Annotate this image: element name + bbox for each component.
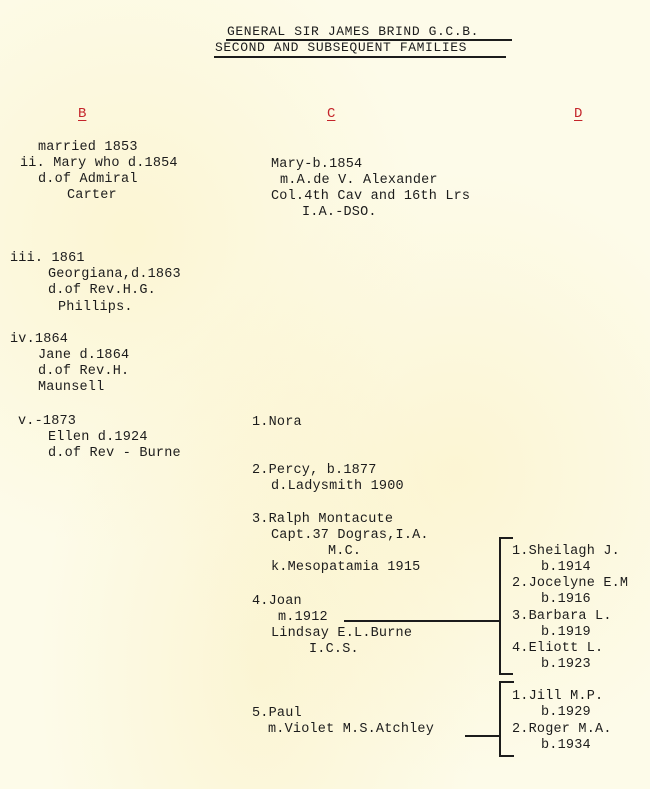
marriage-line: d.of Rev.H.G.: [48, 283, 156, 299]
marriage-line: d.of Rev.H.: [38, 364, 129, 380]
grandchild-born: b.1916: [541, 592, 591, 608]
marriage-line: v.-1873: [18, 414, 76, 430]
joan-bracket: [499, 537, 501, 674]
grandchild-name: 1.Jill M.P.: [512, 689, 603, 705]
child-line: Mary-b.1854: [271, 157, 362, 173]
child-line: 3.Ralph Montacute: [252, 512, 393, 528]
grandchild-name: 3.Barbara L.: [512, 609, 612, 625]
child-line: I.A.-DSO.: [302, 205, 377, 221]
paul-bracket: [499, 681, 501, 756]
marriage-line: Phillips.: [58, 300, 133, 316]
joan-bracket-bottom: [499, 673, 513, 675]
marriage-line: iii. 1861: [10, 251, 85, 267]
joan-connector-line: [344, 620, 500, 622]
child-line: k.Mesopatamia 1915: [271, 560, 420, 576]
paul-bracket-top: [499, 681, 514, 683]
child-line: I.C.S.: [309, 642, 359, 658]
grandchild-born: b.1929: [541, 705, 591, 721]
grandchild-born: b.1934: [541, 738, 591, 754]
marriage-line: iv.1864: [10, 332, 68, 348]
marriage-line: Jane d.1864: [38, 348, 129, 364]
grandchild-born: b.1923: [541, 657, 591, 673]
marriage-line: Maunsell: [38, 380, 104, 396]
grandchild-born: b.1919: [541, 625, 591, 641]
marriage-line: d.of Admiral: [38, 172, 138, 188]
subtitle-underline: [214, 56, 506, 58]
marriage-line: Ellen d.1924: [48, 430, 148, 446]
child-line: 2.Percy, b.1877: [252, 463, 377, 479]
child-line: M.C.: [328, 544, 361, 560]
marriage-line: Georgiana,d.1863: [48, 267, 181, 283]
column-header-c: C: [327, 106, 335, 122]
child-line: Lindsay E.L.Burne: [271, 626, 412, 642]
marriage-line: d.of Rev - Burne: [48, 446, 181, 462]
column-header-b: B: [78, 106, 86, 122]
child-line: Col.4th Cav and 16th Lrs: [271, 189, 470, 205]
child-line: Capt.37 Dogras,I.A.: [271, 528, 429, 544]
document-title: GENERAL SIR JAMES BRIND G.C.B.: [227, 24, 479, 40]
child-line: 5.Paul: [252, 706, 302, 722]
child-line: m.A.de V. Alexander: [280, 173, 438, 189]
column-header-d: D: [574, 106, 582, 122]
grandchild-name: 4.Eliott L.: [512, 641, 603, 657]
joan-bracket-top: [499, 537, 513, 539]
grandchild-name: 2.Jocelyne E.M: [512, 576, 628, 592]
grandchild-name: 2.Roger M.A.: [512, 722, 612, 738]
document-subtitle: SECOND AND SUBSEQUENT FAMILIES: [215, 40, 467, 56]
marriage-line: ii. Mary who d.1854: [20, 156, 178, 172]
child-line: m.Violet M.S.Atchley: [268, 722, 434, 738]
marriage-line: Carter: [67, 188, 117, 204]
child-nora: 1.Nora: [252, 415, 302, 431]
grandchild-name: 1.Sheilagh J.: [512, 544, 620, 560]
marriage-line: married 1853: [38, 140, 138, 156]
child-line: m.1912: [278, 610, 328, 626]
paul-connector-line: [465, 735, 499, 737]
grandchild-born: b.1914: [541, 560, 591, 576]
child-line: 4.Joan: [252, 594, 302, 610]
child-line: d.Ladysmith 1900: [271, 479, 404, 495]
paul-bracket-bottom: [499, 755, 514, 757]
